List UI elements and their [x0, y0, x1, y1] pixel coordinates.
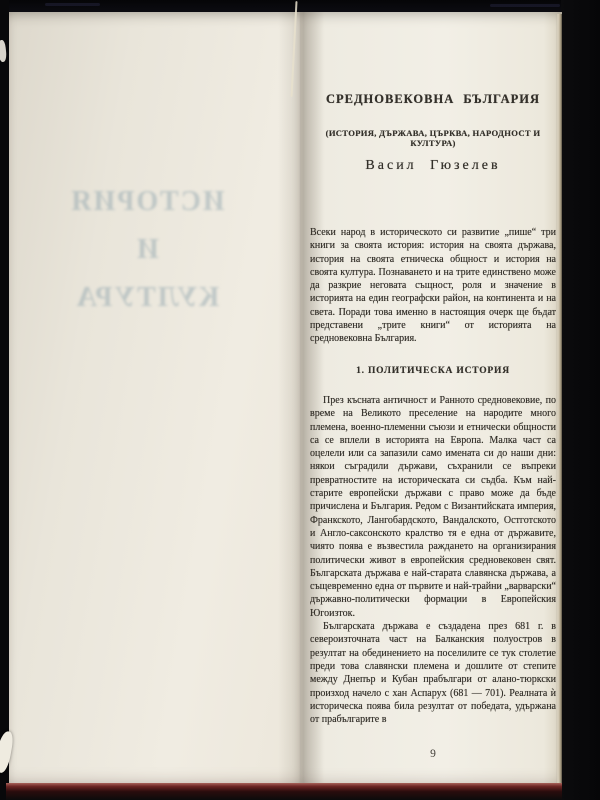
page-title: СРЕДНОВЕКОВНА БЪЛГАРИЯ: [310, 92, 556, 107]
showthrough-line-1: ИСТОРИЯ: [52, 178, 242, 226]
page-number: 9: [310, 748, 556, 760]
right-page: СРЕДНОВЕКОВНА БЪЛГАРИЯ (ИСТОРИЯ, ДЪРЖАВА…: [300, 12, 562, 785]
body-paragraph-2: Българската държава е създадена през 681…: [310, 620, 556, 726]
scan-border-left: [0, 0, 9, 800]
intro-paragraph: Всеки народ в историческото си развитие …: [310, 226, 556, 364]
scan-border-right: [561, 0, 600, 800]
scan-artifact: [45, 3, 100, 6]
body-paragraph-1: През късната античност и Ранното среднов…: [310, 394, 556, 620]
showthrough-text: ИСТОРИЯ И КУЛТУРА: [52, 178, 242, 322]
book-bottom-edge: [6, 783, 562, 800]
scan-artifact: [490, 4, 560, 7]
left-page: [9, 12, 300, 785]
page-subtitle: (ИСТОРИЯ, ДЪРЖАВА, ЦЪРКВА, НАРОДНОСТ И К…: [310, 128, 556, 148]
body-text: През късната античност и Ранното среднов…: [310, 394, 556, 746]
showthrough-line-2: И: [52, 226, 242, 274]
section-heading: 1. ПОЛИТИЧЕСКА ИСТОРИЯ: [310, 366, 556, 376]
author-name: Васил Гюзелев: [310, 158, 556, 174]
showthrough-line-3: КУЛТУРА: [52, 274, 242, 322]
scanned-book-photo: ИСТОРИЯ И КУЛТУРА СРЕДНОВЕКОВНА БЪЛГАРИЯ…: [0, 0, 600, 800]
page-edges-right: [556, 14, 562, 784]
